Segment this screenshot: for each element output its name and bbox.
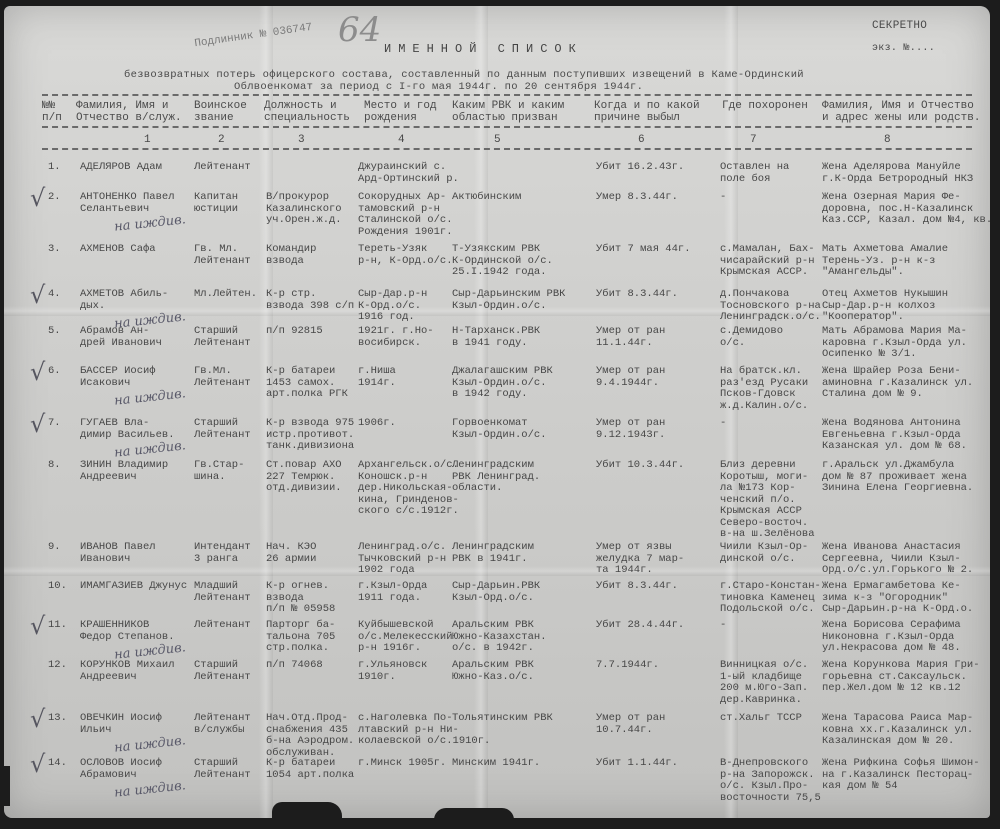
cell-position: Ст.повар АХО227 Темрюк.отд.дивизии. bbox=[266, 460, 342, 495]
cell-drafted: Т-Узякским РВКК-Ординской о/с.25.I.1942 … bbox=[452, 244, 553, 279]
cell-when: Убит 10.3.44г. bbox=[596, 460, 684, 472]
cell-rank: СтаршийЛейтенант bbox=[194, 660, 251, 683]
cell-drafted: Сыр-Дарьин.РВККзыл-Орд.о/с. bbox=[452, 581, 540, 604]
cell-birth: Сокорудных Ар-тамовский р-нСталинской о/… bbox=[358, 192, 453, 238]
cell-n: 8. bbox=[48, 460, 61, 472]
cell-birth: Тереть-Узякр-н, К-Орд.о/с. bbox=[358, 244, 453, 267]
cell-rank: СтаршийЛейтенант bbox=[194, 418, 251, 441]
cell-buried: Близ деревниКоротыш, моги-ла №173 Кор-че… bbox=[720, 460, 815, 541]
subtitle-line-2: Облвоенкомат за период с I-го мая 1944г.… bbox=[234, 81, 643, 93]
cell-buried: - bbox=[720, 192, 726, 204]
cell-relatives: Отец Ахметов НукышинСыр-Дар.р-н колхоз"К… bbox=[822, 289, 948, 324]
cell-drafted: Джалагашским РВККзыл-Ордин.о/с.в 1942 го… bbox=[452, 366, 553, 401]
document-sheet: Подлинник № 036747 64 ИМЕННОЙ СПИСОК СЕК… bbox=[4, 6, 990, 818]
copy-number: экз. №.... bbox=[872, 43, 935, 55]
cell-n: 1. bbox=[48, 162, 61, 174]
cell-name: ГУГАЕВ Вла-димир Васильев. bbox=[80, 418, 175, 441]
checkmark-icon: √ bbox=[30, 184, 45, 212]
page-number: 64 bbox=[338, 10, 381, 50]
checkmark-icon: √ bbox=[30, 612, 45, 640]
cell-when: 7.7.1944г. bbox=[596, 660, 659, 672]
cell-position: Командирвзвода bbox=[266, 244, 316, 267]
cell-position: К-р огнев.взводап/п № 05958 bbox=[266, 581, 335, 616]
cell-buried: ст.Хальг ТССР bbox=[720, 713, 802, 725]
cell-relatives: Мать Ахметова АмалиеТерень-Уз. р-н к-з"А… bbox=[822, 244, 948, 279]
cell-birth: Ленинград.о/с.Тычковский р-н1902 года bbox=[358, 542, 446, 577]
cell-buried: г.Старо-Констан-тиновка КаменецПодольско… bbox=[720, 581, 821, 616]
cell-relatives: Мать Абрамова Мария Ма-каровна г.Кзыл-Ор… bbox=[822, 326, 967, 361]
cell-when: Умер 8.3.44г. bbox=[596, 192, 678, 204]
cell-drafted: Актюбинским bbox=[452, 192, 521, 204]
cell-name: АНТОНЕНКО ПавелСелантьевич bbox=[80, 192, 175, 215]
cell-n: 10. bbox=[48, 581, 67, 593]
classification-label: СЕКРЕТНО bbox=[872, 20, 927, 32]
cell-birth: г.Ниша1914г. bbox=[358, 366, 396, 389]
cell-name: ЗИНИН ВладимирАндреевич bbox=[80, 460, 168, 483]
cell-name: ОВЕЧКИН ИосифИльич bbox=[80, 713, 162, 736]
cell-position: К-р батареи1453 самох.арт.полка РГК bbox=[266, 366, 348, 401]
cell-name: АХМЕНОВ Сафа bbox=[80, 244, 156, 256]
checkmark-icon: √ bbox=[30, 410, 45, 438]
header-col-5: Каким РВК и какимобластью призван bbox=[452, 100, 564, 124]
cell-drafted: ЛенинградскимРВК Ленинград.области. bbox=[452, 460, 540, 495]
cell-drafted: ГорвоенкоматКзыл-Ордин.о/с. bbox=[452, 418, 547, 441]
cell-buried: с.Демидовоо/с. bbox=[720, 326, 783, 349]
handwritten-note: на иждив. bbox=[113, 438, 186, 460]
handwritten-note: на иждив. bbox=[113, 386, 186, 408]
cell-buried: В-Днепровскогор-на Запорожск.о/с. Кзыл.П… bbox=[720, 758, 821, 804]
cell-birth: Архангельск.о/с.Коношск.р-ндер.Никольска… bbox=[358, 460, 459, 518]
cell-name: КРАШЕННИКОВФедор Степанов. bbox=[80, 620, 175, 643]
cell-n: 2. bbox=[48, 192, 61, 204]
cell-rank: Лейтенант bbox=[194, 620, 251, 632]
cell-position: п/п 74068 bbox=[266, 660, 323, 672]
header-col-7: Где похоронен bbox=[722, 100, 808, 112]
cell-drafted: Минским 1941г. bbox=[452, 758, 540, 770]
cell-rank: Капитанюстиции bbox=[194, 192, 238, 215]
cell-n: 11. bbox=[48, 620, 67, 632]
cell-birth: Джураинский с.Ард-Ортинский р. bbox=[358, 162, 459, 185]
cell-position: К-р батареи1054 арт.полка bbox=[266, 758, 354, 781]
cell-buried: - bbox=[720, 418, 726, 430]
cell-drafted: Сыр-Дарьинским РВККзыл-Ордин.о/с. bbox=[452, 289, 565, 312]
cell-relatives: Жена Тарасова Раиса Мар-ковна хх.г.Казал… bbox=[822, 713, 973, 748]
cell-birth: г.Ульяновск1910г. bbox=[358, 660, 427, 683]
cell-rank: Мл.Лейтен. bbox=[194, 289, 257, 301]
cell-buried: Оставлен наполе боя bbox=[720, 162, 789, 185]
cell-when: Умер от ран11.1.44г. bbox=[596, 326, 665, 349]
cell-buried: На братск.кл.раз'езд РусакиПсков-Гдовскж… bbox=[720, 366, 808, 412]
cell-n: 13. bbox=[48, 713, 67, 725]
checkmark-icon: √ bbox=[30, 750, 45, 778]
checkmark-icon: √ bbox=[30, 358, 45, 386]
cell-rank: Лейтенантв/службы bbox=[194, 713, 251, 736]
cell-position: Нач. КЭО26 армии bbox=[266, 542, 316, 565]
cell-birth: г.Кзыл-Орда1911 года. bbox=[358, 581, 427, 604]
header-col-3: Должность испециальность bbox=[264, 100, 350, 124]
cell-rank: Интендант3 ранга bbox=[194, 542, 251, 565]
cell-name: ИВАНОВ ПавелИванович bbox=[80, 542, 156, 565]
cell-position: Парторг ба-тальона 705стр.полка. bbox=[266, 620, 335, 655]
document-title: ИМЕННОЙ СПИСОК bbox=[384, 42, 583, 56]
cell-relatives: Жена Водянова АнтонинаЕвгеньевна г.Кзыл-… bbox=[822, 418, 967, 453]
cell-when: Умер от ран9.12.1943г. bbox=[596, 418, 665, 441]
archive-stamp: Подлинник № 036747 bbox=[194, 22, 313, 50]
cell-drafted: Тольятинским РВК bbox=[452, 713, 553, 725]
cell-when: Умер от ран9.4.1944г. bbox=[596, 366, 665, 389]
cell-when: Убит 16.2.43г. bbox=[596, 162, 684, 174]
cell-drafted: ЛенинградскимРВК в 1941г. bbox=[452, 542, 534, 565]
cell-relatives: Жена Корункова Мария Гри-горьевна ст.Сак… bbox=[822, 660, 980, 695]
cell-relatives: Жена Иванова АнастасияСергеевна, Чиили К… bbox=[822, 542, 973, 577]
cell-position: К-р взвода 975истр.противот.танк.дивизио… bbox=[266, 418, 354, 453]
cell-relatives: Жена Озерная Мария Фе-доровна, пос.Н-Каз… bbox=[822, 192, 990, 227]
cell-n: 12. bbox=[48, 660, 67, 672]
cell-rank: Гв.Мл.Лейтенант bbox=[194, 366, 251, 389]
cell-n: 3. bbox=[48, 244, 61, 256]
cell-buried: Чиили Кзыл-Ор-динской о/с. bbox=[720, 542, 808, 565]
cell-drafted: Аральским РВКЮжно-Каз.о/с. bbox=[452, 660, 534, 683]
cell-name: АДЕЛЯРОВ Адам bbox=[80, 162, 162, 174]
cell-position: В/прокурорКазалинскогоуч.Орен.ж.д. bbox=[266, 192, 342, 227]
cell-rank: СтаршийЛейтенант bbox=[194, 326, 251, 349]
cell-drafted: Н-Тарханск.РВКв 1941 году. bbox=[452, 326, 540, 349]
cell-drafted: Аральским РВКЮжно-Казахстан.о/с. в 1942г… bbox=[452, 620, 547, 655]
checkmark-icon: √ bbox=[30, 281, 45, 309]
cell-when: Умер от язвыжелудка 7 мар-та 1944г. bbox=[596, 542, 684, 577]
cell-when: Убит 8.3.44г. bbox=[596, 581, 678, 593]
cell-name: КОРУНКОВ МихаилАндреевич bbox=[80, 660, 175, 683]
cell-position: К-р стр.взвода 398 с/п bbox=[266, 289, 354, 312]
cell-n: 9. bbox=[48, 542, 61, 554]
cell-birth: 1921г. г.Но-восибирск. bbox=[358, 326, 434, 349]
cell-name: БАССЕР ИосифИсакович bbox=[80, 366, 156, 389]
cell-name: Абрамов Ан-дрей Иванович bbox=[80, 326, 162, 349]
cell-relatives: Жена Рифкина Софья Шимон-на г.Казалинск … bbox=[822, 758, 980, 793]
handwritten-note: на иждив. bbox=[113, 212, 186, 234]
header-col-6: Когда и по какойпричине выбыл bbox=[594, 100, 700, 124]
cell-rank: СтаршийЛейтенант bbox=[194, 758, 251, 781]
cell-birth: Сыр-Дар.р-нК-Орд.о/с.1916 год. bbox=[358, 289, 427, 324]
cell-relatives: Жена Аделярова Мануйлег.К-Орда Бетрородн… bbox=[822, 162, 973, 185]
header-col-2: Воинскоезвание bbox=[194, 100, 247, 124]
cell-rank: Гв.Стар-шина. bbox=[194, 460, 244, 483]
cell-when: Убит 8.3.44г. bbox=[596, 289, 678, 301]
cell-birth: 1906г. bbox=[358, 418, 396, 430]
cell-relatives: Жена Шрайер Роза Бени-аминовна г.Казалин… bbox=[822, 366, 973, 401]
cell-birth: Куйбышевскойо/с.Мелекесскийр-н 1916г. bbox=[358, 620, 453, 655]
cell-name: ОСЛОВОВ ИосифАбрамович bbox=[80, 758, 162, 781]
header-col-4: Место и годрождения bbox=[364, 100, 437, 124]
cell-rank: Лейтенант bbox=[194, 162, 251, 174]
cell-name: АХМЕТОВ Абиль-дых. bbox=[80, 289, 168, 312]
header-col-0: №№п/п bbox=[42, 100, 62, 124]
cell-when: Умер от ран10.7.44г. bbox=[596, 713, 665, 736]
cell-when: Убит 28.4.44г. bbox=[596, 620, 684, 632]
cell-relatives: Жена Ермагамбетова Ке-зима к-з "Огородни… bbox=[822, 581, 973, 616]
cell-n: 7. bbox=[48, 418, 61, 430]
handwritten-note: на иждив. bbox=[113, 733, 186, 755]
cell-rank: Гв. Мл.Лейтенант bbox=[194, 244, 251, 267]
cell-when: Убит 1.1.44г. bbox=[596, 758, 678, 770]
cell-birth: г.Минск 1905г. bbox=[358, 758, 446, 770]
cell-position: п/п 92815 bbox=[266, 326, 323, 338]
cell-buried: д.ПончаковаТосновского р-наЛенинградск.о… bbox=[720, 289, 821, 324]
cell-when: Убит 7 мая 44г. bbox=[596, 244, 691, 256]
cell-buried: - bbox=[720, 620, 726, 632]
header-col-8: Фамилия, Имя и Отчествои адрес жены или … bbox=[822, 100, 980, 124]
cell-buried: Винницкая о/с.1-ый кладбище200 м.Юго-Зап… bbox=[720, 660, 808, 706]
cell-n: 5. bbox=[48, 326, 61, 338]
cell-name: ИМАМГАЗИЕВ Джунус bbox=[80, 581, 187, 593]
cell-relatives: Жена Борисова СерафимаНиконовна г.Кзыл-О… bbox=[822, 620, 961, 655]
cell-relatives: г.Аральск ул.Джамбуладом № 87 проживает … bbox=[822, 460, 973, 495]
cell-n: 4. bbox=[48, 289, 61, 301]
cell-n: 6. bbox=[48, 366, 61, 378]
checkmark-icon: √ bbox=[30, 705, 45, 733]
handwritten-note: на иждив. bbox=[113, 778, 186, 800]
header-col-1: Фамилия, Имя иОтчество в/служ. bbox=[76, 100, 182, 124]
cell-n: 14. bbox=[48, 758, 67, 770]
cell-rank: МладшийЛейтенант bbox=[194, 581, 251, 604]
cell-position: Нач.Отд.Прод-снабжения 435б-на Аэродром.… bbox=[266, 713, 354, 759]
cell-buried: с.Мамалан, Бах-чисарайский р-нКрымская А… bbox=[720, 244, 815, 279]
subtitle-line-1: безвозвратных потерь офицерского состава… bbox=[124, 69, 804, 81]
